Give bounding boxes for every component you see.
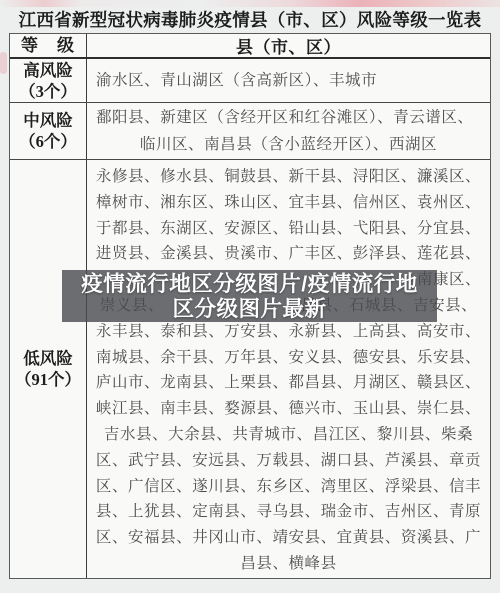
county-line: 吉水县、大余县、共青城市、昌江区、黎川县、柴桑 <box>87 422 490 448</box>
county-line: 南城县、余干县、万年县、安义县、德安县、乐安县、 <box>87 345 490 371</box>
table-header-row: 等 级 县（市、区） <box>10 34 490 59</box>
county-line: 于都县、东湖区、安源区、铅山县、弋阳县、分宜县、 <box>87 216 490 242</box>
county-line: 昌县、横峰县 <box>87 551 490 577</box>
mid-risk-count: （6个） <box>19 131 77 152</box>
county-line: 县、上犹县、定南县、寻乌县、瑞金市、吉州区、青原 <box>87 499 490 525</box>
low-risk-level-cell: 低风险 （91个） <box>10 160 87 578</box>
mid-risk-label: 中风险 <box>23 110 73 131</box>
county-line: 樟树市、湘东区、珠山区、宜丰县、信州区、袁州区、 <box>87 190 490 216</box>
watermark-overlay: 疫情流行地区分级图片/疫情流行地 区分级图片最新 <box>62 270 437 322</box>
county-line: 渝水区、青山湖区（含高新区）、丰城市 <box>87 71 490 91</box>
low-risk-count: （91个） <box>15 369 81 390</box>
county-line: 庐山市、龙南县、上栗县、都昌县、月湖区、赣县区、 <box>87 370 490 396</box>
page: { "page": { "title": "江西省新型冠状病毒肺炎疫情县（市、区… <box>0 0 500 593</box>
high-risk-level-cell: 高风险 （3个） <box>10 59 87 102</box>
county-line: 永丰县、泰和县、万安县、永新县、上高县、高安市、 <box>87 319 490 345</box>
low-risk-label: 低风险 <box>23 348 73 369</box>
header-county: 县（市、区） <box>87 34 490 57</box>
county-line: 永修县、修水县、铜鼓县、新干县、浔阳区、濂溪区、 <box>87 164 490 190</box>
mid-risk-level-cell: 中风险 （6个） <box>10 103 87 159</box>
county-line: 临川区、南昌县（含小蓝经开区）、西湖区 <box>87 131 490 158</box>
county-line: 峡江县、南丰县、婺源县、德兴市、玉山县、崇仁县、 <box>87 396 490 422</box>
top-edge-artifact <box>0 0 500 7</box>
high-risk-count: （3个） <box>19 81 77 102</box>
high-risk-label: 高风险 <box>23 60 73 81</box>
table-row-high-risk: 高风险 （3个） 渝水区、青山湖区（含高新区）、丰城市 <box>10 59 490 103</box>
high-risk-county-cell: 渝水区、青山湖区（含高新区）、丰城市 <box>87 59 490 102</box>
watermark-line2: 区分级图片最新 <box>62 297 437 322</box>
county-line: 区、广信区、遂川县、东乡区、湾里区、浮梁县、信丰 <box>87 474 490 500</box>
table-row-low-risk: 低风险 （91个） 永修县、修水县、铜鼓县、新干县、浔阳区、濂溪区、 樟树市、湘… <box>10 160 490 578</box>
mid-risk-county-cell: 鄱阳县、新建区（含经开区和红谷滩区）、青云谱区、 临川区、南昌县（含小蓝经开区）… <box>87 103 490 159</box>
watermark-line1: 疫情流行地区分级图片/疫情流行地 <box>62 272 437 297</box>
low-risk-county-cell: 永修县、修水县、铜鼓县、新干县、浔阳区、濂溪区、 樟树市、湘东区、珠山区、宜丰县… <box>87 160 490 578</box>
left-edge-artifact <box>0 52 7 74</box>
table-row-mid-risk: 中风险 （6个） 鄱阳县、新建区（含经开区和红谷滩区）、青云谱区、 临川区、南昌… <box>10 103 490 160</box>
page-title: 江西省新型冠状病毒肺炎疫情县（市、区）风险等级一览表 <box>0 7 500 32</box>
county-line: 进贤县、金溪县、贵溪市、广丰区、彭泽县、莲花县、 <box>87 241 490 267</box>
county-line: 鄱阳县、新建区（含经开区和红谷滩区）、青云谱区、 <box>87 104 490 131</box>
header-level: 等 级 <box>10 34 87 57</box>
header-county-label: 县（市、区） <box>236 34 341 57</box>
county-line: 区、武宁县、安远县、万载县、湖口县、芦溪县、章贡 <box>87 448 490 474</box>
county-line: 区、安福县、井冈山市、靖安县、宜黄县、资溪县、广 <box>87 525 490 551</box>
